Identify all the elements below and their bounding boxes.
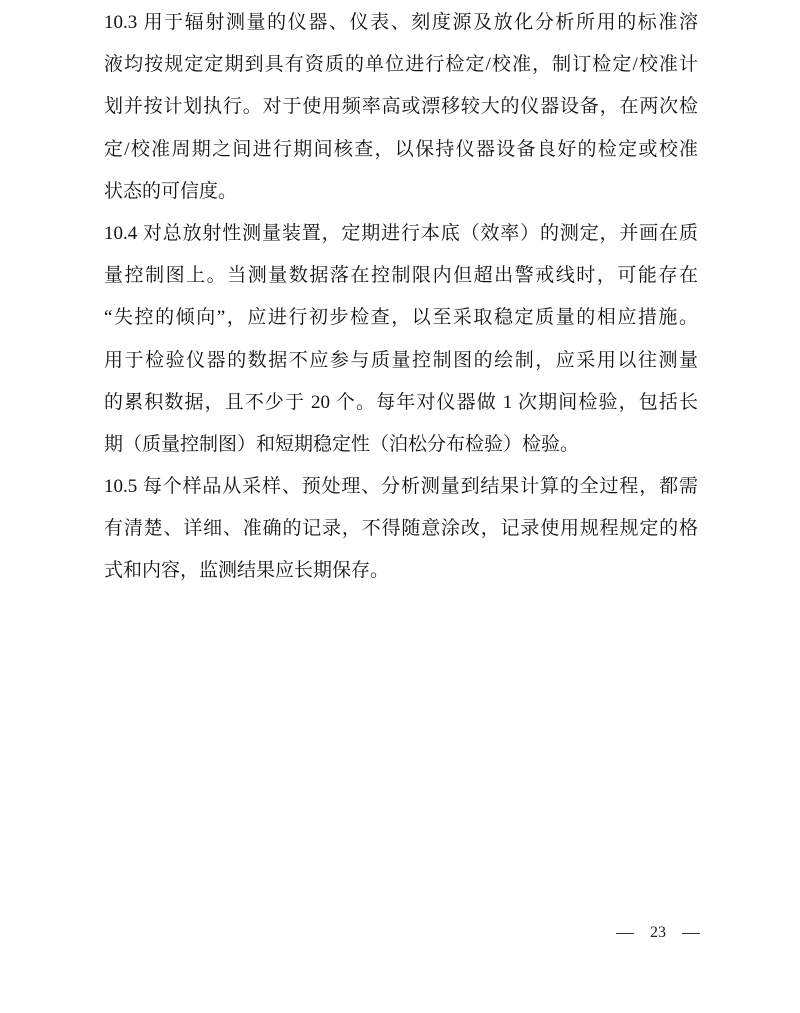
text-line: 10.3 用于辐射测量的仪器、仪表、刻度源及放化分析所用的标准溶 [104,2,698,44]
text-line: 状态的可信度。 [104,171,698,213]
dash-right-icon [682,933,700,934]
text-line: 10.4 对总放射性测量装置，定期进行本底（效率）的测定，并画在质 [104,213,698,255]
text-line: 划并按计划执行。对于使用频率高或漂移较大的仪器设备，在两次检 [104,86,698,128]
paragraph-10-3: 10.3 用于辐射测量的仪器、仪表、刻度源及放化分析所用的标准溶 液均按规定定期… [104,2,698,213]
text-line: 量控制图上。当测量数据落在控制限内但超出警戒线时，可能存在 [104,255,698,297]
page-number: 23 [650,924,666,942]
text-line: 液均按规定定期到具有资质的单位进行检定/校准，制订检定/校准计 [104,44,698,86]
text-line: 期（质量控制图）和短期稳定性（泊松分布检验）检验。 [104,424,698,466]
dash-left-icon [616,933,634,934]
paragraph-10-4: 10.4 对总放射性测量装置，定期进行本底（效率）的测定，并画在质 量控制图上。… [104,213,698,466]
text-line: 10.5 每个样品从采样、预处理、分析测量到结果计算的全过程，都需 [104,466,698,508]
text-line: 有清楚、详细、准确的记录，不得随意涂改，记录使用规程规定的格 [104,508,698,550]
document-body: 10.3 用于辐射测量的仪器、仪表、刻度源及放化分析所用的标准溶 液均按规定定期… [104,2,698,593]
text-line: “失控的倾向”，应进行初步检查，以至采取稳定质量的相应措施。 [104,297,698,339]
text-line: 定/校准周期之间进行期间核查，以保持仪器设备良好的检定或校准 [104,129,698,171]
paragraph-10-5: 10.5 每个样品从采样、预处理、分析测量到结果计算的全过程，都需 有清楚、详细… [104,466,698,593]
text-line: 式和内容，监测结果应长期保存。 [104,550,698,592]
page-footer: 23 [616,920,700,946]
text-line: 的累积数据，且不少于 20 个。每年对仪器做 1 次期间检验，包括长 [104,382,698,424]
text-line: 用于检验仪器的数据不应参与质量控制图的绘制，应采用以往测量 [104,340,698,382]
